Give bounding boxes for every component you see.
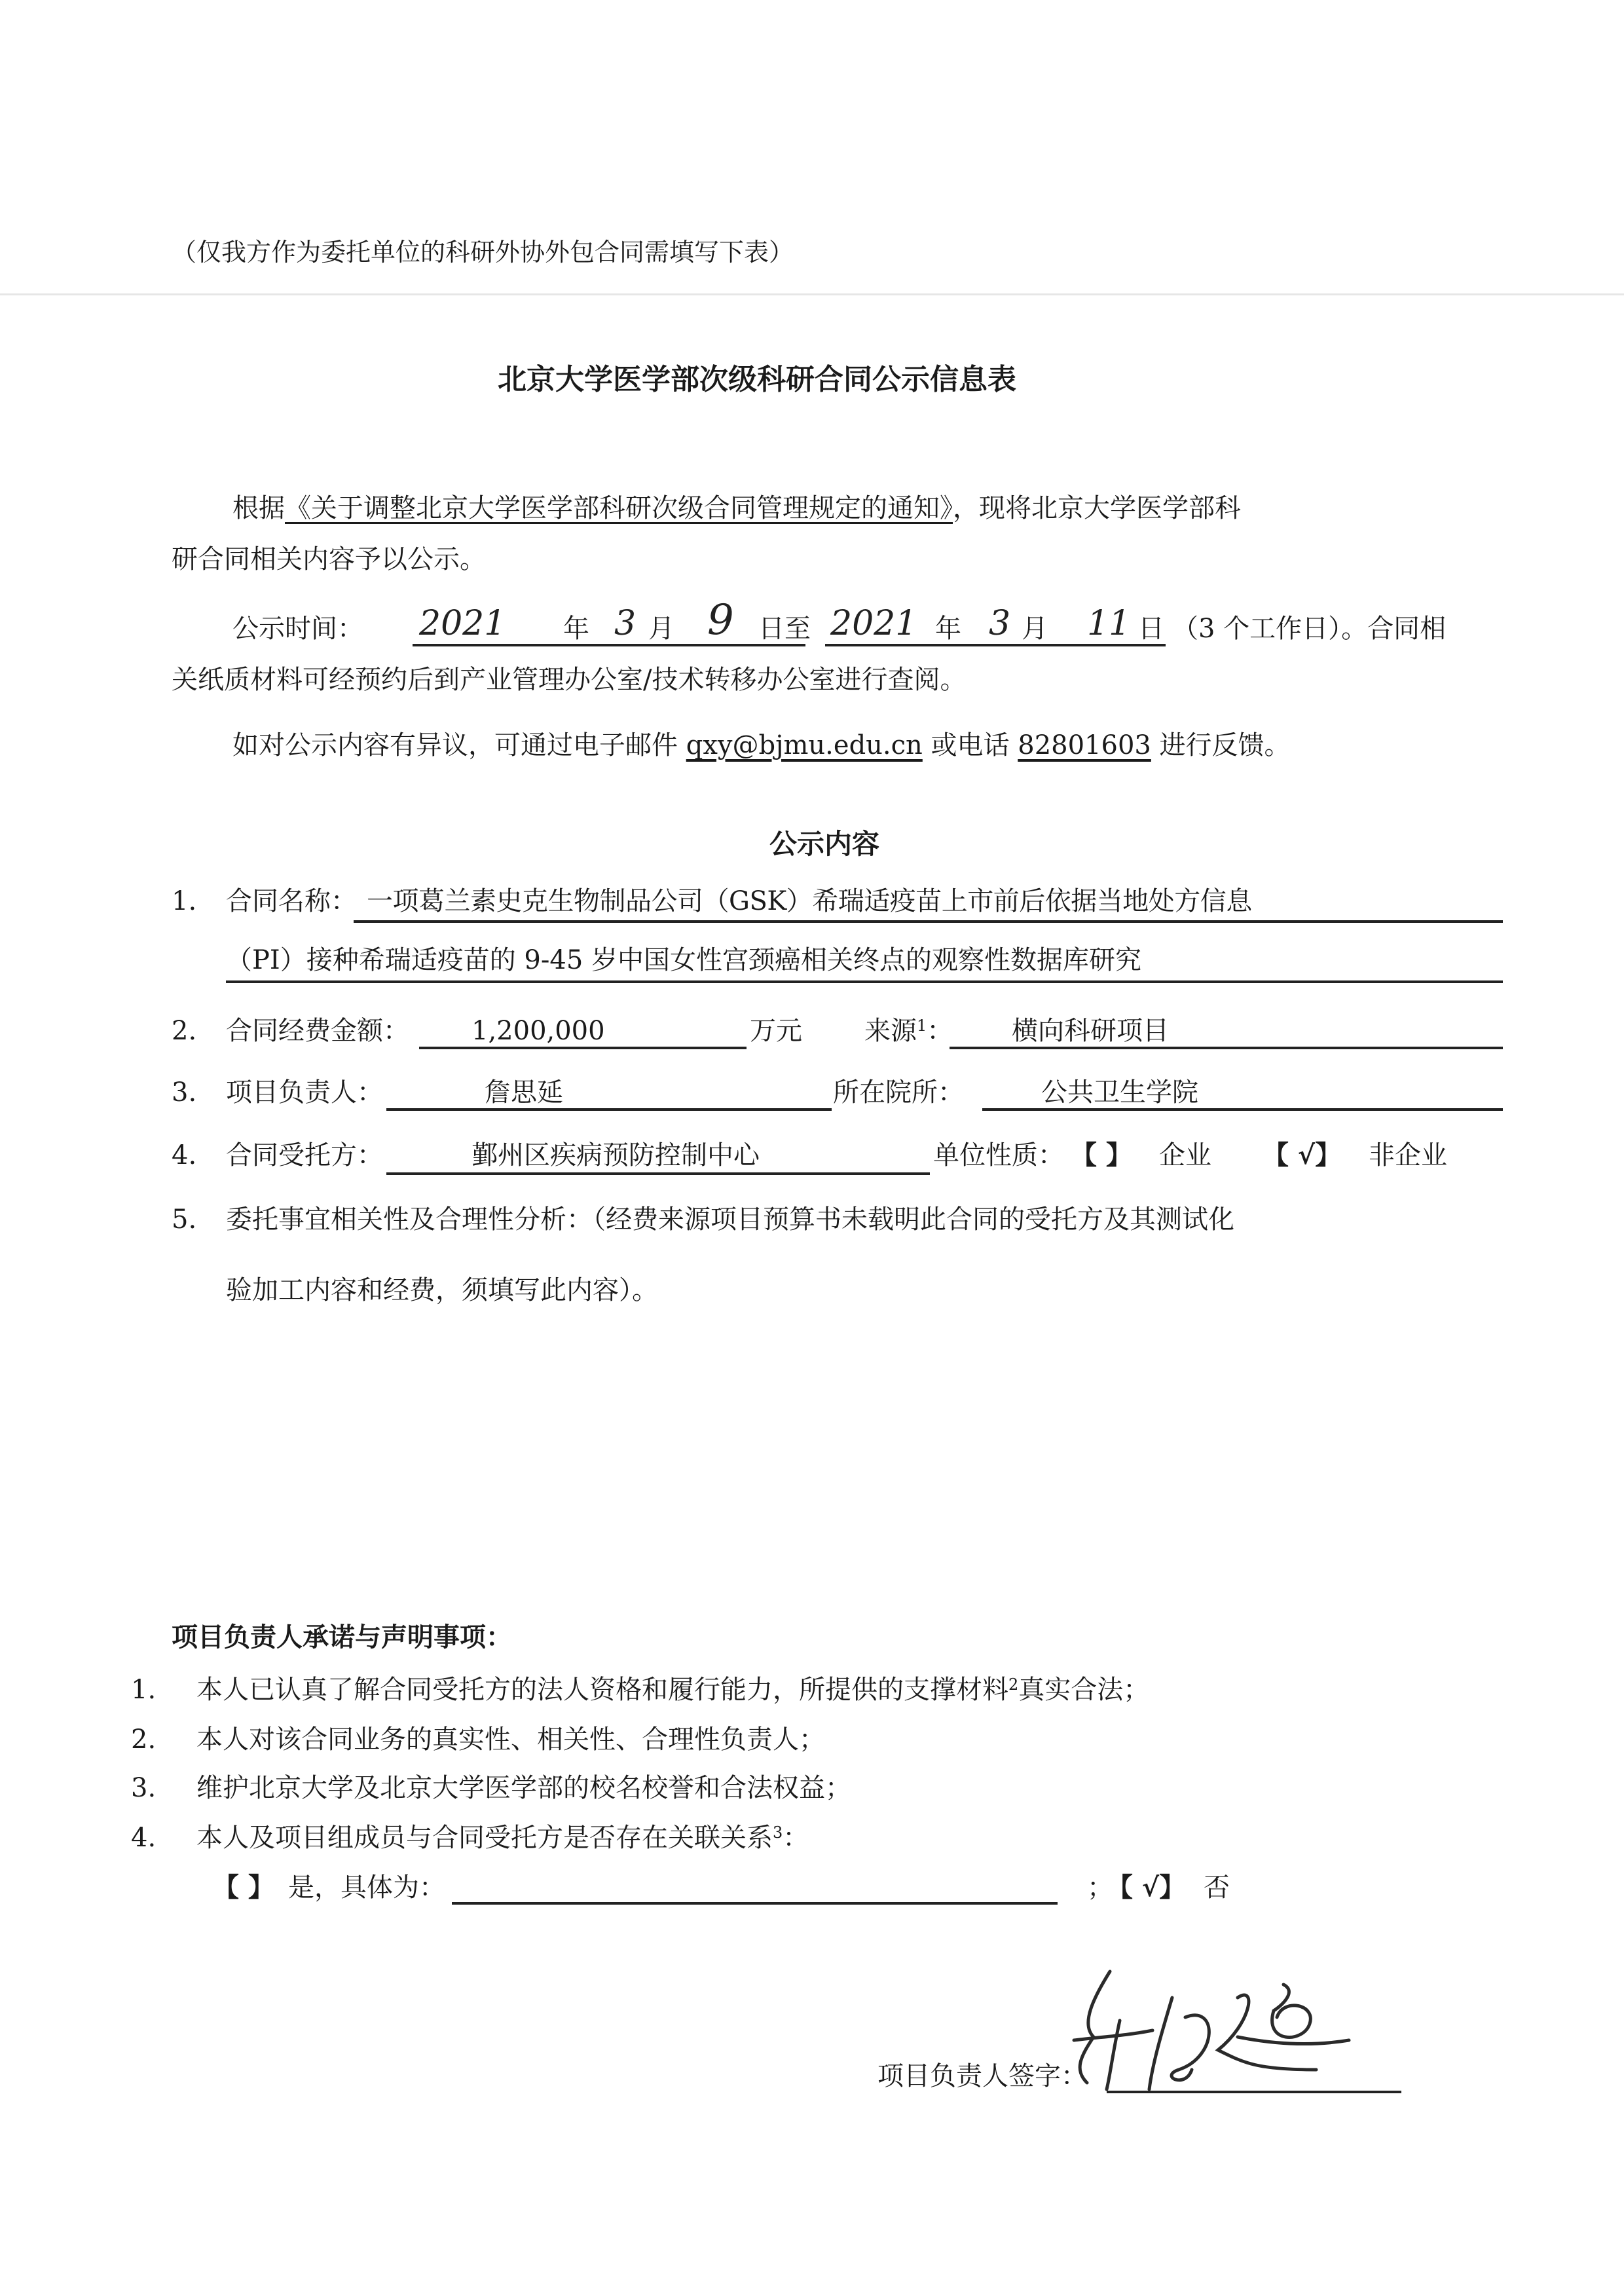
feedback-suffix: 进行反馈。 (1151, 730, 1291, 760)
nonenterprise-label: 非企业 (1369, 1142, 1447, 1168)
year-char: 年 (563, 616, 589, 642)
period-end-day[interactable]: 11 (1087, 604, 1130, 643)
period-end-year[interactable]: 2021 (830, 604, 917, 643)
commitment-4-num: 4. (131, 1825, 196, 1851)
source-label: 来源1： (864, 1018, 953, 1044)
item3-label: 项目负责人： (226, 1079, 383, 1106)
period-start-month[interactable]: 3 (614, 604, 636, 643)
source-label-text: 来源 (864, 1016, 917, 1046)
commitment-2-num: 2. (131, 1726, 196, 1753)
feedback-line: 如对公示内容有异议，可通过电子邮件 qxy@bjmu.edu.cn 或电话 82… (232, 732, 1291, 758)
period-end-month[interactable]: 3 (989, 604, 1010, 643)
commitment-4-text: 本人及项目组成员与合同受托方是否存在关联关系 (196, 1823, 773, 1853)
item5-num: 5. (172, 1206, 196, 1233)
item5-line-2: 验加工内容和经费，须填写此内容）。 (226, 1277, 658, 1303)
analysis-blank-area[interactable] (226, 1323, 1503, 1585)
enterprise-checkbox[interactable]: 【 】 (1071, 1142, 1132, 1168)
item5-line-1: 委托事宜相关性及合理性分析：（经费来源项目预算书未载明此合同的受托方及其测试化 (226, 1206, 1234, 1233)
nature-label: 单位性质： (933, 1142, 1064, 1168)
feedback-middle: 或电话 (923, 730, 1018, 760)
scan-divider (0, 293, 1624, 295)
dept-label: 所在院所： (833, 1079, 964, 1106)
relation-no-label: 否 (1204, 1875, 1230, 1901)
contract-name-line-1[interactable]: 一项葛兰素史克生物制品公司（GSK）希瑞适疫苗上市前后依据当地处方信息 (367, 888, 1252, 914)
period-start-day[interactable]: 9 (707, 596, 734, 644)
contract-entrustee[interactable]: 鄞州区疾病预防控制中心 (471, 1142, 760, 1168)
commitment-2: 2.本人对该合同业务的真实性、相关性、合理性负责人； (131, 1726, 825, 1753)
commitment-2-text: 本人对该合同业务的真实性、相关性、合理性负责人； (196, 1725, 825, 1755)
period-label: 公示时间： (232, 616, 363, 642)
header-note: （仅我方作为委托单位的科研外协外包合同需填写下表） (172, 240, 794, 265)
section-title: 公示内容 (769, 830, 879, 858)
relation-detail-underline[interactable] (452, 1902, 1058, 1905)
contract-name-underline-2 (226, 980, 1503, 983)
contract-name-line-2[interactable]: （PI）接种希瑞适疫苗的 9-45 岁中国女性宫颈癌相关终点的观察性数据库研究 (226, 947, 1141, 973)
funding-source[interactable]: 横向科研项目 (1012, 1018, 1169, 1044)
feedback-prefix: 如对公示内容有异议，可通过电子邮件 (232, 730, 686, 760)
handwritten-signature (1022, 1958, 1414, 2102)
item3-num: 3. (172, 1079, 196, 1106)
source-colon: ： (927, 1016, 953, 1046)
signature-icon (1022, 1958, 1414, 2102)
item2-label: 合同经费金额： (226, 1018, 409, 1044)
commitments-title: 项目负责人承诺与声明事项： (172, 1624, 512, 1651)
period-end-underline (825, 644, 1166, 646)
relation-no-checkbox-checked[interactable]: 【 √】 (1107, 1875, 1185, 1901)
entrustee-underline (386, 1172, 930, 1175)
commitment-3-text: 维护北京大学及北京大学医学部的校名校誉和合法权益； (196, 1773, 851, 1803)
footnote-1: 1 (917, 1017, 927, 1035)
commitment-4: 4.本人及项目组成员与合同受托方是否存在关联关系3： (131, 1825, 809, 1851)
source-underline (950, 1047, 1503, 1049)
intro-suffix: ，现将北京大学医学部科 (953, 493, 1241, 523)
intro-line-1: 根据《关于调整北京大学医学部科研次级合同管理规定的通知》，现将北京大学医学部科 (232, 495, 1241, 521)
item1-label: 合同名称： (226, 888, 357, 914)
commitment-4-tail: ： (783, 1823, 809, 1853)
nonenterprise-checkbox-checked[interactable]: 【 √】 (1263, 1142, 1341, 1168)
intro-prefix: 根据 (232, 493, 285, 523)
footnote-2: 2 (1008, 1675, 1018, 1694)
contract-name-underline-1 (354, 920, 1503, 923)
commitment-1-num: 1. (131, 1677, 196, 1703)
relation-yes-checkbox[interactable]: 【 】 (213, 1875, 274, 1901)
commitment-3-num: 3. (131, 1775, 196, 1801)
day-char: 日 (1138, 616, 1164, 642)
notice-title-link[interactable]: 《关于调整北京大学医学部科研次级合同管理规定的通知》 (285, 493, 953, 523)
page-title: 北京大学医学部次级科研合同公示信息表 (498, 365, 1016, 394)
month-char: 月 (648, 616, 674, 642)
enterprise-label: 企业 (1159, 1142, 1211, 1168)
commitment-3: 3.维护北京大学及北京大学医学部的校名校誉和合法权益； (131, 1775, 851, 1801)
project-leader[interactable]: 詹思延 (485, 1079, 563, 1106)
footnote-3: 3 (773, 1823, 783, 1842)
amount-unit: 万元 (750, 1018, 802, 1044)
commitment-1-text: 本人已认真了解合同受托方的法人资格和履行能力，所提供的支撑材料 (196, 1675, 1008, 1705)
feedback-phone[interactable]: 82801603 (1018, 730, 1151, 760)
commitment-1-tail: 真实合法； (1018, 1675, 1149, 1705)
dept-underline (982, 1108, 1503, 1111)
leader-underline (386, 1108, 832, 1111)
month-char-2: 月 (1022, 616, 1048, 642)
commitment-1: 1.本人已认真了解合同受托方的法人资格和履行能力，所提供的支撑材料2真实合法； (131, 1677, 1149, 1703)
intro-line-2: 研合同相关内容予以公示。 (172, 546, 486, 572)
item4-num: 4. (172, 1142, 196, 1168)
year-char-2: 年 (935, 616, 961, 642)
item4-label: 合同受托方： (226, 1142, 383, 1168)
relation-yes-label: 是，具体为： (288, 1875, 445, 1901)
department[interactable]: 公共卫生学院 (1041, 1079, 1198, 1106)
feedback-email-link[interactable]: qxy@bjmu.edu.cn (686, 730, 923, 760)
period-start-year[interactable]: 2021 (419, 604, 506, 643)
contract-amount[interactable]: 1,200,000 (471, 1018, 605, 1044)
period-start-underline (413, 644, 805, 646)
working-days: （3 个工作日）。合同相 (1172, 616, 1446, 642)
item2-num: 2. (172, 1018, 196, 1044)
item1-num: 1. (172, 888, 196, 914)
period-line-2: 关纸质材料可经预约后到产业管理办公室/技术转移办公室进行查阅。 (172, 667, 966, 693)
amount-underline (419, 1047, 747, 1049)
day-to-char: 日至 (758, 616, 811, 642)
